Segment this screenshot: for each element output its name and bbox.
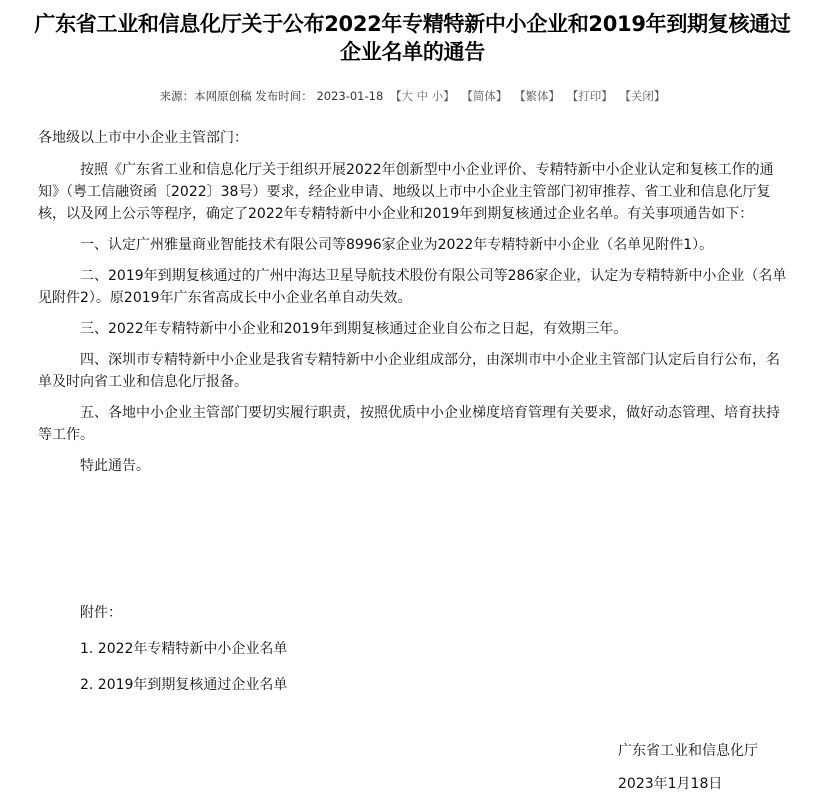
print-link[interactable]: 【打印】 <box>567 89 613 103</box>
signature-date: 2023年1月18日 <box>618 773 722 795</box>
source-label: 来源：本网原创稿 <box>160 89 252 103</box>
publish-date: 2023-01-18 <box>316 89 383 103</box>
font-size-controls: 【大 中 小】 <box>390 89 455 103</box>
article-meta: 来源：本网原创稿 发布时间： 2023-01-18 【大 中 小】 【简体】 【… <box>0 88 825 104</box>
paragraph-item-2: 二、2019年到期复核通过的广州中海达卫星导航技术股份有限公司等286家企业，认… <box>38 265 788 309</box>
title-line-2: 企业名单的通告 <box>0 38 825 66</box>
attachment-link-1[interactable]: 1. 2022年专精特新中小企业名单 <box>80 638 287 660</box>
article-title: 广东省工业和信息化厅关于公布2022年专精特新中小企业和2019年到期复核通过 … <box>0 10 825 66</box>
attachments-label: 附件： <box>80 602 122 624</box>
article-page: 广东省工业和信息化厅关于公布2022年专精特新中小企业和2019年到期复核通过 … <box>0 0 825 803</box>
close-link[interactable]: 【关闭】 <box>619 89 665 103</box>
paragraph-item-1: 一、认定广州雅量商业智能技术有限公司等8996家企业为2022年专精特新中小企业… <box>38 234 788 256</box>
bracket-open: 【 <box>390 89 402 103</box>
font-medium-link[interactable]: 中 <box>417 89 429 103</box>
paragraph-item-4: 四、深圳市专精特新中小企业是我省专精特新中小企业组成部分，由深圳市中小企业主管部… <box>38 349 788 393</box>
paragraph-intro: 按照《广东省工业和信息化厅关于组织开展2022年创新型中小企业评价、专精特新中小… <box>38 159 788 225</box>
salutation: 各地级以上市中小企业主管部门： <box>38 127 788 149</box>
paragraph-item-3: 三、2022年专精特新中小企业和2019年到期复核通过企业自公布之日起，有效期三… <box>38 318 788 340</box>
publish-label: 发布时间： <box>255 89 313 103</box>
signature-organization: 广东省工业和信息化厅 <box>618 740 758 762</box>
attachment-link-2[interactable]: 2. 2019年到期复核通过企业名单 <box>80 674 287 696</box>
attachments-list: 1. 2022年专精特新中小企业名单 2. 2019年到期复核通过企业名单 <box>80 638 287 710</box>
traditional-link[interactable]: 【繁体】 <box>514 89 560 103</box>
simplified-link[interactable]: 【简体】 <box>461 89 507 103</box>
paragraph-item-5: 五、各地中小企业主管部门要切实履行职责，按照优质中小企业梯度培育管理有关要求，做… <box>38 402 788 446</box>
article-body: 各地级以上市中小企业主管部门： 按照《广东省工业和信息化厅关于组织开展2022年… <box>38 127 788 486</box>
font-small-link[interactable]: 小 <box>432 89 444 103</box>
bracket-close: 】 <box>443 89 455 103</box>
paragraph-closing: 特此通告。 <box>38 455 788 477</box>
font-large-link[interactable]: 大 <box>401 89 413 103</box>
title-line-1: 广东省工业和信息化厅关于公布2022年专精特新中小企业和2019年到期复核通过 <box>0 10 825 38</box>
